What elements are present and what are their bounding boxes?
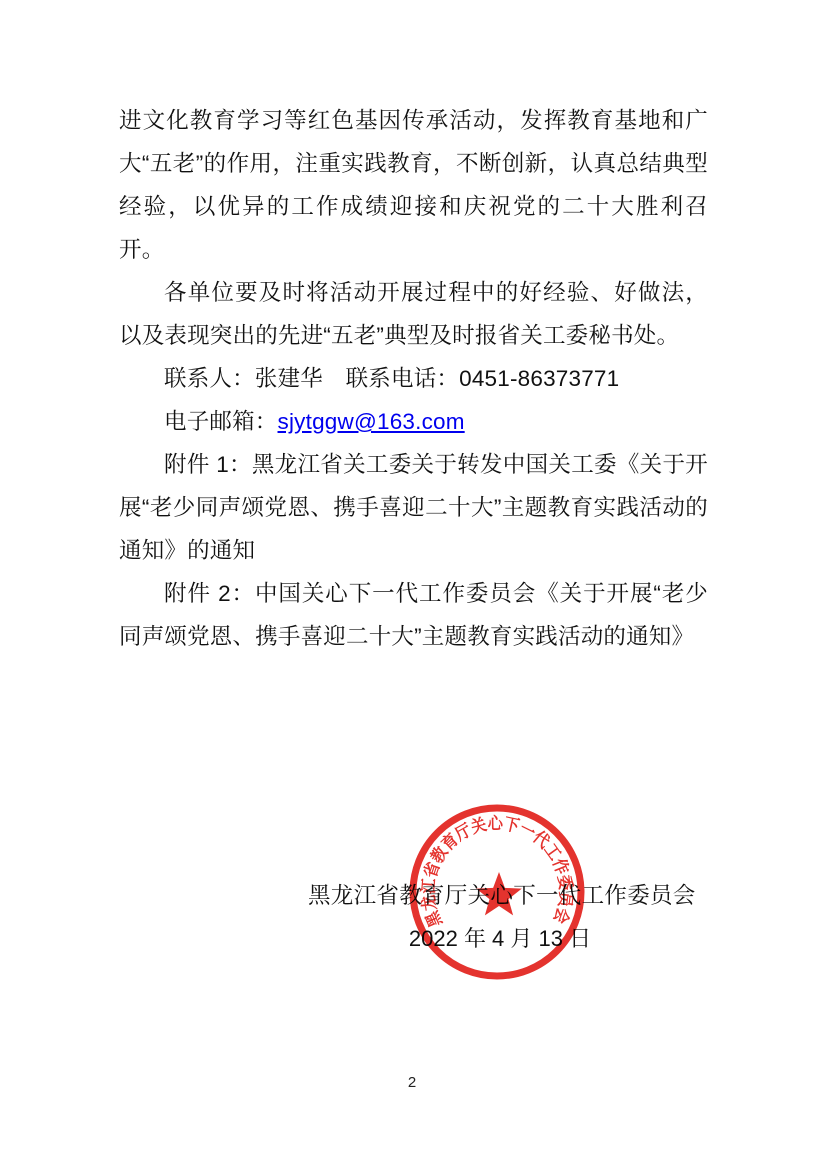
seal-arc-text: 黑龙江省教育厅关心下一代工作委员会 [418, 813, 577, 930]
paragraph-continuation: 进文化教育学习等红色基因传承活动，发挥教育基地和广大“五老”的作用，注重实践教育… [119, 99, 708, 271]
attachment-1: 附件 1：黑龙江省关工委关于转发中国关工委《关于开展“老少同声颂党恩、携手喜迎二… [119, 443, 708, 572]
signature-date: 2022 年 4 月 13 日 [308, 924, 692, 954]
email-line: 电子邮箱：sjytggw@163.com [119, 400, 708, 443]
paragraph-instructions: 各单位要及时将活动开展过程中的好经验、好做法，以及表现突出的先进“五老”典型及时… [119, 271, 708, 357]
attachment-2: 附件 2：中国关心下一代工作委员会《关于开展“老少同声颂党恩、携手喜迎二十大”主… [119, 572, 708, 658]
document-body: 进文化教育学习等红色基因传承活动，发挥教育基地和广大“五老”的作用，注重实践教育… [119, 99, 708, 658]
email-label: 电子邮箱： [164, 409, 278, 434]
page-number: 2 [0, 1074, 824, 1091]
document-page: 进文化教育学习等红色基因传承活动，发挥教育基地和广大“五老”的作用，注重实践教育… [0, 0, 824, 1166]
contact-line: 联系人：张建华 联系电话：0451-86373771 [119, 357, 708, 400]
email-link[interactable]: sjytggw@163.com [278, 409, 465, 434]
signature-organization: 黑龙江省教育厅关心下一代工作委员会 [308, 881, 692, 911]
